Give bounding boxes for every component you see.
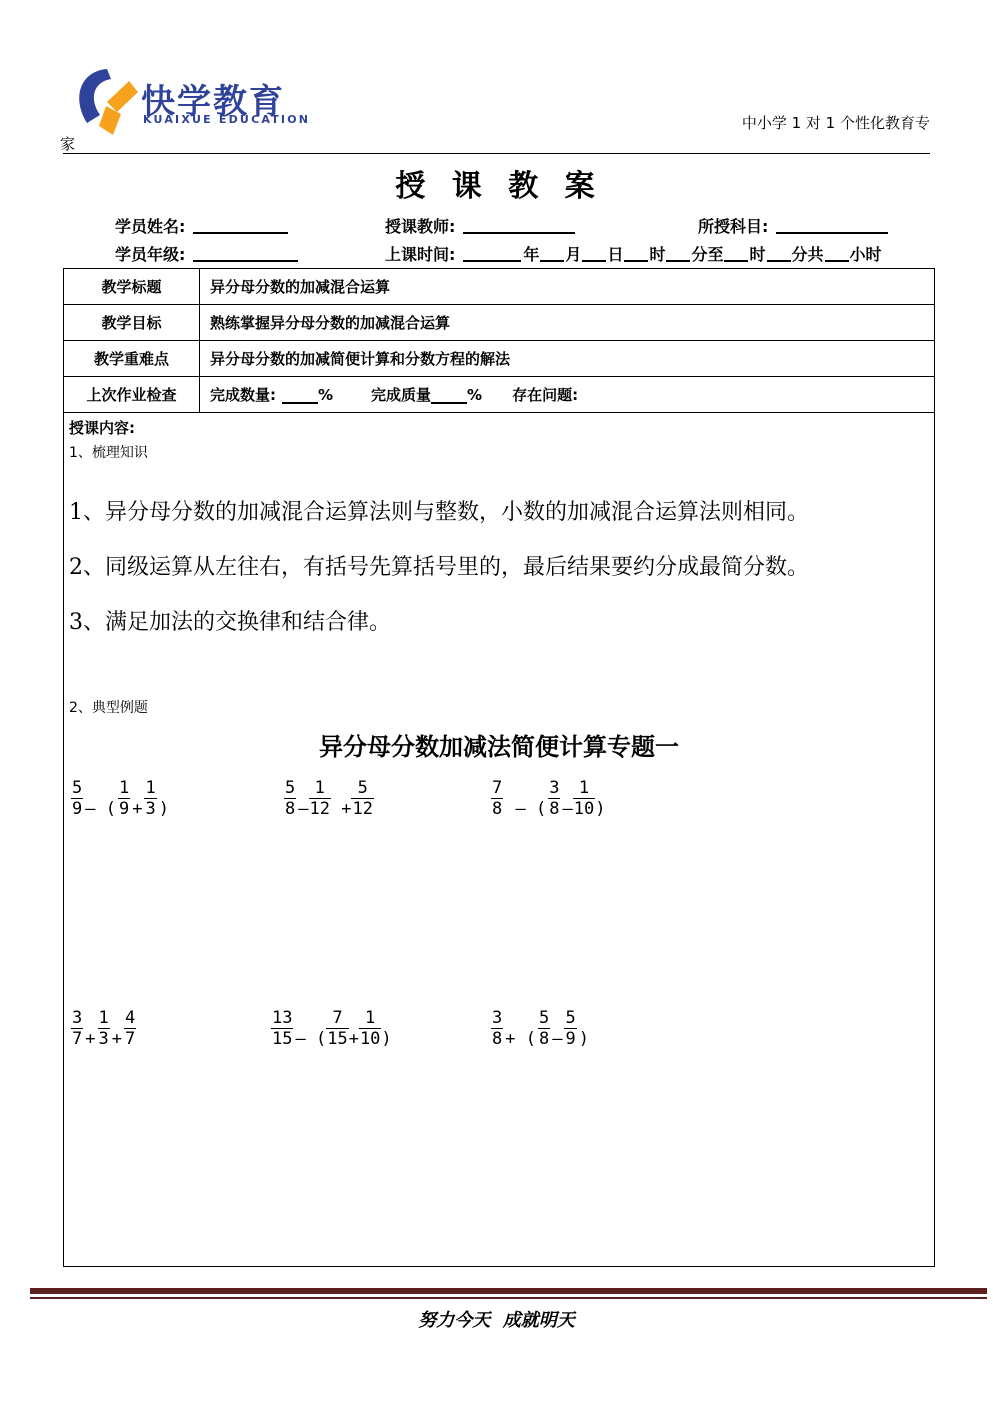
unit-hours: 小时 [850, 245, 882, 264]
lesson-info-table: 教学标题 异分母分数的加减混合运算 教学目标 熟练掌握异分母分数的加减混合运算 … [63, 268, 935, 1267]
math-expression: 1315— (715+110) [269, 1008, 392, 1049]
quality-label: 完成质量 [371, 384, 431, 405]
grade-blank [193, 244, 298, 262]
time-blank-hour [624, 244, 648, 262]
time-blank-month [540, 244, 564, 262]
student-name-label: 学员姓名: [115, 217, 185, 236]
knowledge-note: 2、同级运算从左往右，有括号先算括号里的，最后结果要约分成最简分数。 [69, 550, 809, 581]
student-name-group: 学员姓名: [115, 214, 288, 237]
time-blank-total [825, 244, 849, 262]
time-blank-year [463, 244, 521, 262]
unit-min-total: 分共 [792, 245, 824, 264]
math-expression: 78 — (38—110) [489, 778, 605, 819]
unit-hour2: 时 [749, 245, 765, 264]
student-name-blank [193, 216, 288, 234]
teacher-group: 授课教师: [385, 214, 575, 237]
fraction: 715 [326, 1008, 348, 1049]
math-operator: — [562, 799, 572, 819]
subject-group: 所授科目: [698, 214, 888, 237]
fraction: 512 [351, 778, 373, 819]
fraction: 38 [546, 778, 562, 819]
header-divider [63, 153, 930, 154]
table-row: 教学标题 异分母分数的加减混合运算 [64, 269, 934, 305]
row-content-goal: 熟练掌握异分母分数的加减混合运算 [200, 305, 934, 340]
unit-hour: 时 [649, 245, 665, 264]
knowledge-note: 1、异分母分数的加减混合运算法则与整数，小数的加减混合运算法则相同。 [69, 495, 809, 526]
content-section-label: 授课内容: [69, 417, 135, 438]
subject-label: 所授科目: [698, 217, 768, 236]
quality-blank [431, 386, 467, 404]
unit-month: 月 [565, 245, 581, 264]
math-operator: — ( [85, 799, 116, 819]
fraction: 58 [282, 778, 298, 819]
class-time-group: 上课时间:年月日时分至时分共小时 [385, 242, 882, 265]
time-blank-min [666, 244, 690, 262]
row-content-homework-check: 完成数量: % 完成质量 % 存在问题: [200, 377, 934, 412]
fraction: 78 [489, 778, 505, 819]
fraction: 110 [359, 1008, 381, 1049]
math-operator: ) [381, 1029, 391, 1049]
fraction: 58 [536, 1008, 552, 1049]
time-blank-hour2 [724, 244, 748, 262]
fraction: 59 [69, 778, 85, 819]
table-row: 上次作业检查 完成数量: % 完成质量 % 存在问题: [64, 377, 934, 413]
footer-motto: 努力今天 成就明天 [0, 1306, 993, 1332]
math-operator: + [112, 1029, 122, 1049]
math-operator: — ( [295, 1029, 326, 1049]
fraction: 47 [122, 1008, 138, 1049]
fraction: 38 [489, 1008, 505, 1049]
row-content-title: 异分母分数的加减混合运算 [200, 269, 934, 304]
row-label-homework-check: 上次作业检查 [64, 377, 200, 412]
qty-pct: % [318, 386, 333, 404]
table-row: 教学目标 熟练掌握异分母分数的加减混合运算 [64, 305, 934, 341]
qty-label: 完成数量: [210, 384, 276, 405]
header-tagline: 中小学 1 对 1 个性化教育专 [742, 112, 930, 133]
math-operator: + [132, 799, 142, 819]
row-content-keypoints: 异分母分数的加减简便计算和分数方程的解法 [200, 341, 934, 376]
fraction: 13 [142, 778, 158, 819]
math-operator: + [331, 799, 351, 819]
grade-group: 学员年级: [115, 242, 298, 265]
math-operator: + [349, 1029, 359, 1049]
fraction: 1315 [269, 1008, 295, 1049]
teaching-plan-page: 快学教育 KUAIXUE EDUCATION 中小学 1 对 1 个性化教育专 … [0, 0, 993, 1404]
quality-pct: % [467, 386, 482, 404]
fraction: 110 [573, 778, 595, 819]
row-label-keypoints: 教学重难点 [64, 341, 200, 376]
math-expression: 37+13+47 [69, 1008, 138, 1049]
math-operator: ) [159, 799, 169, 819]
page-title: 授 课 教 案 [63, 161, 935, 205]
row-label-title: 教学标题 [64, 269, 200, 304]
unit-year: 年 [523, 245, 539, 264]
math-expression: 38+ (58—59) [489, 1008, 589, 1049]
subject-blank [776, 216, 888, 234]
footer-divider-thick [30, 1288, 987, 1294]
grade-label: 学员年级: [115, 245, 185, 264]
unit-min-to: 分至 [691, 245, 723, 264]
time-label: 上课时间: [385, 245, 455, 264]
fraction: 37 [69, 1008, 85, 1049]
fraction: 59 [562, 1008, 578, 1049]
header-tagline-wrap: 家 [60, 133, 75, 154]
time-blank-min2 [767, 244, 791, 262]
lesson-content-cell: 授课内容: 1、梳理知识 1、异分母分数的加减混合运算法则与整数，小数的加减混合… [64, 413, 934, 1266]
math-operator: — [552, 1029, 562, 1049]
math-operator: — ( [505, 799, 546, 819]
footer-divider-thin [30, 1297, 987, 1299]
unit-day: 日 [607, 245, 623, 264]
teacher-blank [463, 216, 575, 234]
math-operator: + [85, 1029, 95, 1049]
math-operator: ) [595, 799, 605, 819]
math-operator: ) [579, 1029, 589, 1049]
time-blank-day [582, 244, 606, 262]
knowledge-note: 3、满足加法的交换律和结合律。 [69, 605, 391, 636]
math-operator: + ( [505, 1029, 536, 1049]
logo-orange-arm [107, 81, 138, 112]
kuaixue-logo-icon [63, 66, 139, 136]
math-operator: — [298, 799, 308, 819]
problems-title: 异分母分数加减法简便计算专题一 [64, 727, 934, 762]
math-expression: 58—112 +512 [282, 778, 374, 819]
logo-en-text: KUAIXUE EDUCATION [143, 113, 310, 126]
qty-blank [282, 386, 318, 404]
table-row: 教学重难点 异分母分数的加减简便计算和分数方程的解法 [64, 341, 934, 377]
issues-label: 存在问题: [512, 384, 578, 405]
fraction: 13 [96, 1008, 112, 1049]
row-label-goal: 教学目标 [64, 305, 200, 340]
fraction: 19 [116, 778, 132, 819]
teacher-label: 授课教师: [385, 217, 455, 236]
content-item-examples: 2、典型例题 [69, 697, 148, 717]
fraction: 112 [309, 778, 331, 819]
math-expression: 59— (19+13) [69, 778, 169, 819]
content-item-knowledge: 1、梳理知识 [69, 442, 148, 462]
